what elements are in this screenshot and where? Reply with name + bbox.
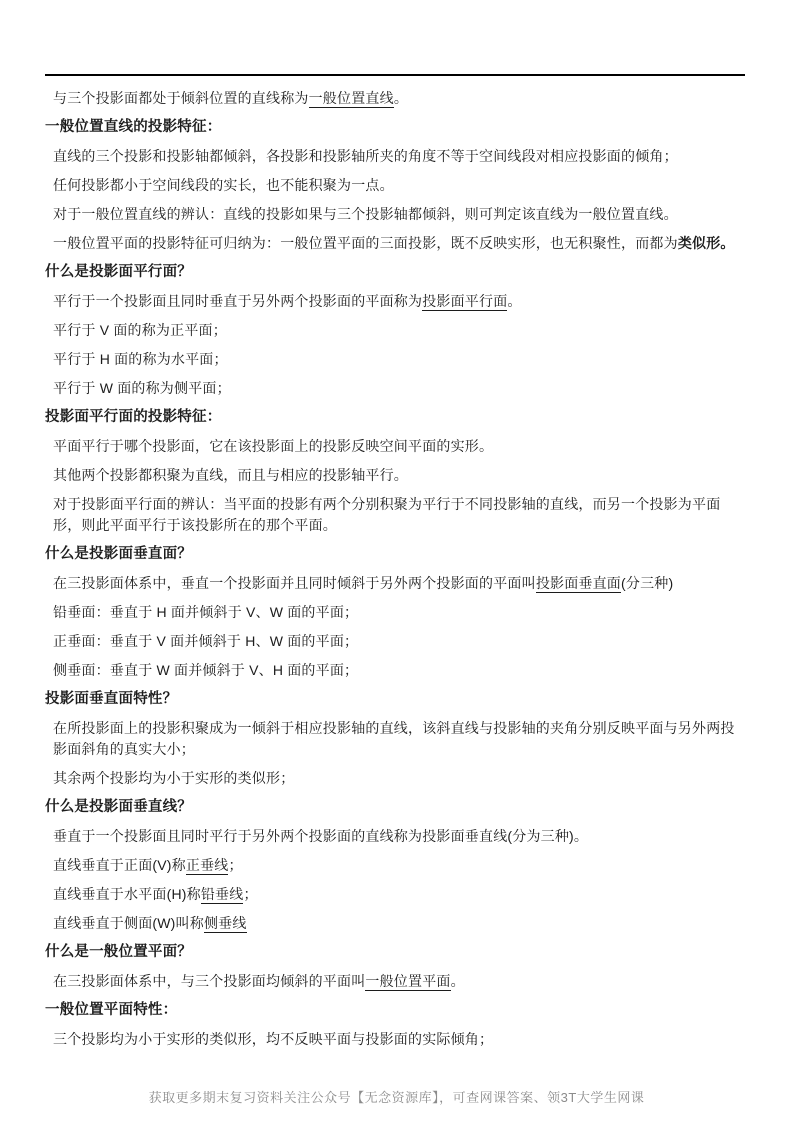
text-run: 。 xyxy=(507,293,521,309)
text-run: 平行于 H 面的称为水平面； xyxy=(53,351,228,367)
text-run: 。 xyxy=(394,90,408,106)
paragraph: 一般位置平面的投影特征可归纳为：一般位置平面的三面投影，既不反映实形，也无积聚性… xyxy=(45,233,747,254)
paragraph: 任何投影都小于空间线段的实长，也不能积聚为一点。 xyxy=(45,175,747,196)
text-run: 什么是投影面垂直面？ xyxy=(45,546,192,562)
text-run: 一般位置平面特性： xyxy=(45,1002,177,1018)
text-run: 侧垂面：垂直于 W 面并倾斜于 V、H 面的平面； xyxy=(53,662,358,678)
paragraph: 直线的三个投影和投影轴都倾斜，各投影和投影轴所夹的角度不等于空间线段对相应投影面… xyxy=(45,146,747,167)
text-run: 与三个投影面都处于倾斜位置的直线称为 xyxy=(53,90,309,106)
paragraph: 铅垂面：垂直于 H 面并倾斜于 V、W 面的平面； xyxy=(45,602,747,623)
text-run: 在三投影面体系中，垂直一个投影面并且同时倾斜于另外两个投影面的平面叫 xyxy=(53,575,536,591)
text-run: 垂直于一个投影面且同时平行于另外两个投影面的直线称为投影面垂直线(分为三种)。 xyxy=(53,828,588,844)
text-run: 对于一般位置直线的辨认：直线的投影如果与三个投影轴都倾斜，则可判定该直线为一般位… xyxy=(53,206,678,222)
paragraph: 平行于一个投影面且同时垂直于另外两个投影面的平面称为投影面平行面。 xyxy=(45,291,747,312)
text-run: 其余两个投影均为小于实形的类似形； xyxy=(53,770,294,786)
paragraph: 在三投影面体系中，垂直一个投影面并且同时倾斜于另外两个投影面的平面叫投影面垂直面… xyxy=(45,573,747,594)
text-run: 在三投影面体系中，与三个投影面均倾斜的平面叫 xyxy=(53,973,365,989)
section-heading: 什么是投影面平行面？ xyxy=(45,262,747,283)
text-run: ； xyxy=(228,857,242,873)
paragraph: 其余两个投影均为小于实形的类似形； xyxy=(45,768,747,789)
section-heading: 什么是一般位置平面？ xyxy=(45,942,747,963)
paragraph: 平行于 V 面的称为正平面； xyxy=(45,320,747,341)
text-run: 平行于 V 面的称为正平面； xyxy=(53,322,227,338)
paragraph: 与三个投影面都处于倾斜位置的直线称为一般位置直线。 xyxy=(45,88,747,109)
section-heading: 一般位置直线的投影特征： xyxy=(45,117,747,138)
text-run: 直线垂直于正面(V)称 xyxy=(53,857,186,873)
text-run: 一般位置平面的投影特征可归纳为：一般位置平面的三面投影，既不反映实形，也无积聚性… xyxy=(53,235,678,251)
paragraph: 直线垂直于正面(V)称正垂线； xyxy=(45,855,747,876)
text-run: 平行于 W 面的称为侧平面； xyxy=(53,380,231,396)
paragraph: 其他两个投影都积聚为直线，而且与相应的投影轴平行。 xyxy=(45,465,747,486)
text-run: 对于投影面平行面的辨认：当平面的投影有两个分别积聚为平行于不同投影轴的直线，而另… xyxy=(53,496,720,533)
text-run: 直线垂直于水平面(H)称 xyxy=(53,886,201,902)
paragraph: 正垂面：垂直于 V 面并倾斜于 H、W 面的平面； xyxy=(45,631,747,652)
section-heading: 什么是投影面垂直线？ xyxy=(45,797,747,818)
header-rule xyxy=(45,74,745,76)
underlined-term: 一般位置平面 xyxy=(365,973,450,991)
text-run: 三个投影均为小于实形的类似形，均不反映平面与投影面的实际倾角； xyxy=(53,1031,493,1047)
underlined-term: 正垂线 xyxy=(186,857,229,875)
underlined-term: 一般位置直线 xyxy=(309,90,394,108)
paragraph: 在所投影面上的投影积聚成为一倾斜于相应投影轴的直线，该斜直线与投影轴的夹角分别反… xyxy=(45,718,747,760)
text-run: 投影面垂直面特性？ xyxy=(45,691,177,707)
underlined-term: 投影面垂直面 xyxy=(536,575,621,593)
document-body: 与三个投影面都处于倾斜位置的直线称为一般位置直线。一般位置直线的投影特征：直线的… xyxy=(45,88,747,1058)
text-run: 平面平行于哪个投影面，它在该投影面上的投影反映空间平面的实形。 xyxy=(53,438,493,454)
underlined-term: 铅垂线 xyxy=(201,886,244,904)
underlined-term: 侧垂线 xyxy=(204,915,247,933)
text-run: 任何投影都小于空间线段的实长，也不能积聚为一点。 xyxy=(53,177,394,193)
section-heading: 投影面平行面的投影特征： xyxy=(45,407,747,428)
underlined-term: 投影面平行面 xyxy=(422,293,507,311)
document-page: 与三个投影面都处于倾斜位置的直线称为一般位置直线。一般位置直线的投影特征：直线的… xyxy=(0,0,793,1122)
bold-term: 类似形 xyxy=(678,235,721,251)
text-run: ； xyxy=(243,886,257,902)
section-heading: 一般位置平面特性： xyxy=(45,1000,747,1021)
text-run: 正垂面：垂直于 V 面并倾斜于 H、W 面的平面； xyxy=(53,633,358,649)
paragraph: 直线垂直于水平面(H)称铅垂线； xyxy=(45,884,747,905)
text-run: 什么是投影面垂直线？ xyxy=(45,799,192,815)
paragraph: 平面平行于哪个投影面，它在该投影面上的投影反映空间平面的实形。 xyxy=(45,436,747,457)
text-run: 。 xyxy=(451,973,465,989)
paragraph: 直线垂直于侧面(W)叫称侧垂线 xyxy=(45,913,747,934)
text-run: 平行于一个投影面且同时垂直于另外两个投影面的平面称为 xyxy=(53,293,422,309)
paragraph: 平行于 H 面的称为水平面； xyxy=(45,349,747,370)
text-run: 在所投影面上的投影积聚成为一倾斜于相应投影轴的直线，该斜直线与投影轴的夹角分别反… xyxy=(53,720,735,757)
section-heading: 什么是投影面垂直面？ xyxy=(45,544,747,565)
text-run: 投影面平行面的投影特征： xyxy=(45,409,221,425)
bold-term: 。 xyxy=(720,235,734,251)
paragraph: 对于一般位置直线的辨认：直线的投影如果与三个投影轴都倾斜，则可判定该直线为一般位… xyxy=(45,204,747,225)
text-run: (分三种) xyxy=(621,575,673,591)
section-heading: 投影面垂直面特性？ xyxy=(45,689,747,710)
text-run: 一般位置直线的投影特征： xyxy=(45,119,221,135)
paragraph: 在三投影面体系中，与三个投影面均倾斜的平面叫一般位置平面。 xyxy=(45,971,747,992)
paragraph: 对于投影面平行面的辨认：当平面的投影有两个分别积聚为平行于不同投影轴的直线，而另… xyxy=(45,494,747,536)
text-run: 什么是一般位置平面？ xyxy=(45,944,192,960)
text-run: 直线的三个投影和投影轴都倾斜，各投影和投影轴所夹的角度不等于空间线段对相应投影面… xyxy=(53,148,678,164)
paragraph: 三个投影均为小于实形的类似形，均不反映平面与投影面的实际倾角； xyxy=(45,1029,747,1050)
text-run: 直线垂直于侧面(W)叫称 xyxy=(53,915,204,931)
text-run: 铅垂面：垂直于 H 面并倾斜于 V、W 面的平面； xyxy=(53,604,358,620)
paragraph: 垂直于一个投影面且同时平行于另外两个投影面的直线称为投影面垂直线(分为三种)。 xyxy=(45,826,747,847)
paragraph: 侧垂面：垂直于 W 面并倾斜于 V、H 面的平面； xyxy=(45,660,747,681)
paragraph: 平行于 W 面的称为侧平面； xyxy=(45,378,747,399)
text-run: 什么是投影面平行面？ xyxy=(45,264,192,280)
footer-note: 获取更多期末复习资料关注公众号【无念资源库】，可查网课答案、领3T大学生网课 xyxy=(0,1087,793,1106)
text-run: 其他两个投影都积聚为直线，而且与相应的投影轴平行。 xyxy=(53,467,408,483)
